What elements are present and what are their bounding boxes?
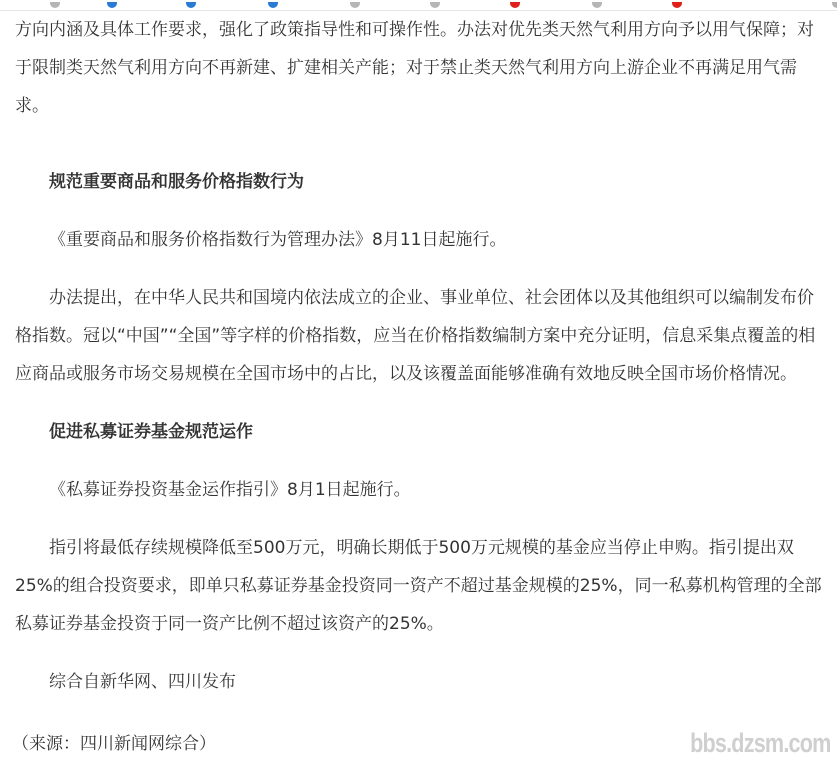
article-body: 方向内涵及具体工作要求，强化了政策指导性和可操作性。办法对优先类天然气利用方向予… [15, 11, 825, 701]
section-body-price-index: 办法提出，在中华人民共和国境内依法成立的企业、事业单位、社会团体以及其他组织可以… [15, 279, 825, 393]
share-gray-icon-3[interactable] [430, 2, 440, 8]
source-note: （来源：四川新闻网综合） [12, 725, 216, 759]
share-blue-icon-2[interactable] [186, 2, 196, 8]
share-blue-icon-1[interactable] [107, 2, 117, 8]
share-red-icon-1[interactable] [510, 2, 520, 8]
section-heading-private-fund: 促进私募证券基金规范运作 [15, 413, 825, 451]
section-body-private-fund: 指引将最低存续规模降低至500万元，明确长期低于500万元规模的基金应当停止申购… [15, 529, 825, 643]
section-lead-price-index: 《重要商品和服务价格指数行为管理办法》8月11日起施行。 [15, 221, 825, 259]
share-toolbar [0, 0, 837, 11]
section-lead-private-fund: 《私募证券投资基金运作指引》8月1日起施行。 [15, 471, 825, 509]
share-gray-icon-4[interactable] [592, 2, 602, 8]
share-gray-icon-5[interactable] [832, 2, 837, 8]
share-red-icon-2[interactable] [672, 2, 682, 8]
site-watermark: bbs.dzsm.com [691, 728, 831, 759]
section-heading-price-index: 规范重要商品和服务价格指数行为 [15, 163, 825, 201]
share-gray-icon-2[interactable] [350, 2, 360, 8]
share-gray-icon-1[interactable] [50, 2, 60, 8]
attribution-text: 综合自新华网、四川发布 [15, 663, 825, 701]
paragraph-intro-continuation: 方向内涵及具体工作要求，强化了政策指导性和可操作性。办法对优先类天然气利用方向予… [15, 11, 825, 125]
share-blue-icon-3[interactable] [268, 2, 278, 8]
